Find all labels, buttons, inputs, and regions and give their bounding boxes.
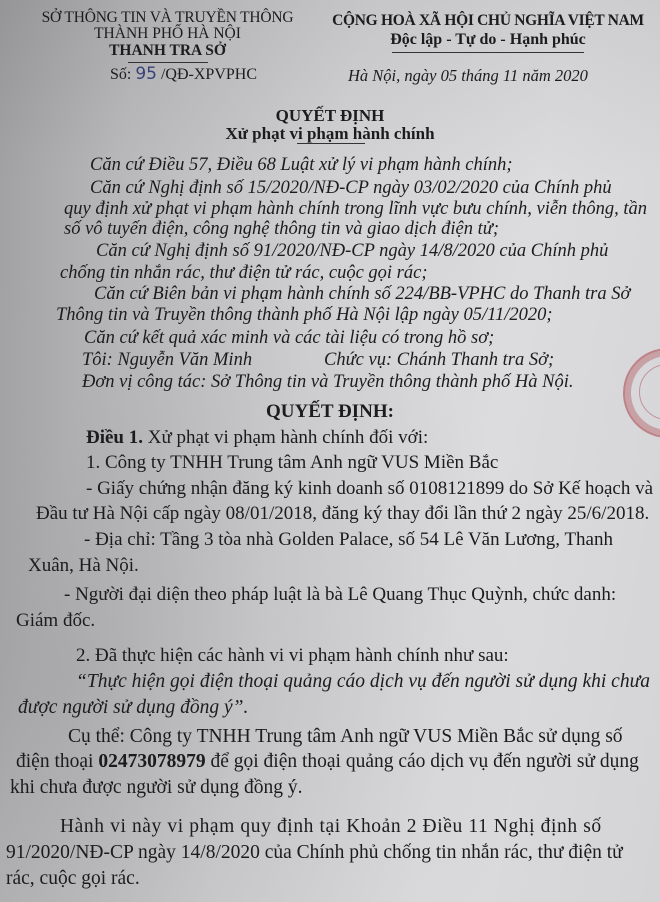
national-motto: Độc lập - Tự do - Hạnh phúc [318,30,658,49]
violation-quote: “Thực hiện gọi điện thoại quảng cáo dịch… [76,671,650,693]
detail-line: điện thoại 02473078979 để gọi điện thoại… [16,751,639,773]
preamble-line: Căn cứ Biên bản vi phạm hành chính số 22… [94,283,630,305]
article-1-item-1: 1. Công ty TNHH Trung tâm Anh ngữ VUS Mi… [86,452,498,474]
violation-basis: 91/2020/NĐ-CP ngày 14/8/2020 của Chính p… [6,842,623,864]
doc-no-handwritten: 95 [135,64,157,84]
representative-line: - Người đại diện theo pháp luật là bà Lê… [64,584,616,606]
address-line: Xuân, Hà Nội. [28,555,139,577]
agency-underline [128,62,208,63]
signer-name: Tôi: Nguyễn Văn Minh [82,349,252,371]
article-1-item-2: 2. Đã thực hiện các hành vi vi phạm hành… [76,645,509,667]
document-title: QUYẾT ĐỊNH [0,106,660,126]
preamble-line: Căn cứ kết quả xác minh và các tài liệu … [84,327,494,349]
title-underline [297,143,365,144]
preamble-line: Thông tin và Truyền thông thành phố Hà N… [56,304,553,326]
detail-pre: điện thoại [16,751,98,772]
preamble-line: số vô tuyến điện, công nghệ thông tin và… [64,218,499,240]
license-line: - Giấy chứng nhận đăng ký kinh doanh số … [86,478,653,500]
document-subtitle: Xử phạt vi phạm hành chính [0,124,660,144]
doc-no-suffix: /QĐ-XPVPHC [161,66,257,83]
article-1-label: Điều 1. [86,427,143,448]
preamble-line: Căn cứ Điều 57, Điều 68 Luật xử lý vi ph… [90,154,513,176]
doc-no-prefix: Số: [110,66,131,83]
national-header: CỘNG HOÀ XÃ HỘI CHỦ NGHĨA VIỆT NAM Độc l… [318,12,658,53]
nation-name: CỘNG HOÀ XÃ HỘI CHỦ NGHĨA VIỆT NAM [318,12,658,30]
preamble-line: chống tin nhắn rác, thư điện tử rác, cuộ… [60,262,428,284]
preamble-line: Căn cứ Nghị định số 15/2020/NĐ-CP ngày 0… [90,177,612,199]
preamble-line: Căn cứ Nghị định số 91/2020/NĐ-CP ngày 1… [96,240,608,262]
address-line: - Địa chỉ: Tầng 3 tòa nhà Golden Palace,… [84,529,613,551]
violation-basis: Hành vi này vi phạm quy định tại Khoản 2… [60,816,602,838]
detail-post: để gọi điện thoại quảng cáo dịch vụ đến … [206,751,639,772]
article-1-heading: Điều 1. Xử phạt vi phạm hành chính đối v… [86,427,428,449]
preamble-line: quy định xử phạt vi phạm hành chính tron… [64,198,647,220]
detail-line: Cụ thể: Công ty TNHH Trung tâm Anh ngữ V… [68,726,623,748]
representative-line: Giám đốc. [16,610,95,632]
red-seal-stamp [623,348,660,438]
phone-number: 02473078979 [98,751,205,772]
signer-unit: Đơn vị công tác: Sở Thông tin và Truyền … [82,371,573,393]
motto-underline [392,52,584,53]
agency-line-3: THANH TRA SỞ [40,42,295,59]
license-line: Đầu tư Hà Nội cấp ngày 08/01/2018, đăng … [36,503,649,525]
place-date: Hà Nội, ngày 05 tháng 11 năm 2020 [348,66,588,86]
detail-line: khi chưa được người sử dụng đồng ý. [10,777,303,799]
decision-heading: QUYẾT ĐỊNH: [0,401,660,423]
document-number: Số: 95 /QĐ-XPVPHC [110,64,257,84]
violation-quote: được người sử dụng đồng ý”. [18,697,248,719]
signer-position: Chức vụ: Chánh Thanh tra Sở; [324,349,554,371]
agency-line-1: SỞ THÔNG TIN VÀ TRUYỀN THÔNG [40,10,295,26]
article-1-text: Xử phạt vi phạm hành chính đối với: [143,427,428,448]
agency-line-2: THÀNH PHỐ HÀ NỘI [40,26,295,42]
violation-basis: rác, cuộc gọi rác. [6,868,140,890]
agency-header: SỞ THÔNG TIN VÀ TRUYỀN THÔNG THÀNH PHỐ H… [40,10,295,63]
